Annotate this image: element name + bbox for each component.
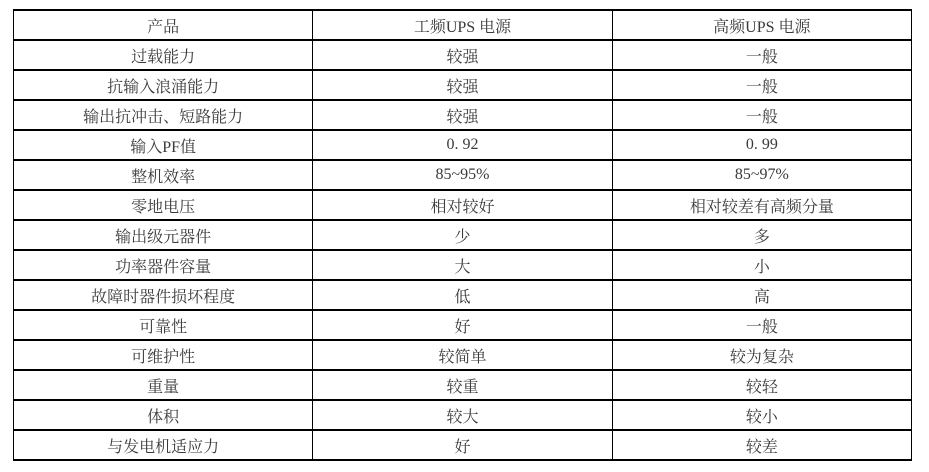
row-label: 输入PF值 xyxy=(14,130,313,160)
row-value: 低 xyxy=(313,280,612,310)
table-row: 过载能力较强一般 xyxy=(14,40,912,70)
row-value: 好 xyxy=(313,430,612,460)
table-row: 整机效率85~95%85~97% xyxy=(14,160,912,190)
row-value: 相对较差有高频分量 xyxy=(612,190,911,220)
row-value: 较轻 xyxy=(612,370,911,400)
row-label: 抗输入浪涌能力 xyxy=(14,70,313,100)
table-body: 过载能力较强一般抗输入浪涌能力较强一般输出抗冲击、短路能力较强一般输入PF值0.… xyxy=(14,40,912,460)
table-row: 抗输入浪涌能力较强一般 xyxy=(14,70,912,100)
ups-comparison-table: 产品 工频UPS 电源 高频UPS 电源 过载能力较强一般抗输入浪涌能力较强一般… xyxy=(13,9,912,461)
row-value: 较简单 xyxy=(313,340,612,370)
table-row: 输出抗冲击、短路能力较强一般 xyxy=(14,100,912,130)
column-header-high-frequency-ups: 高频UPS 电源 xyxy=(612,10,911,40)
row-value: 一般 xyxy=(612,40,911,70)
row-value: 高 xyxy=(612,280,911,310)
row-value: 较强 xyxy=(313,70,612,100)
table-row: 可靠性好一般 xyxy=(14,310,912,340)
row-label: 可维护性 xyxy=(14,340,313,370)
row-value: 0. 92 xyxy=(313,130,612,160)
row-value: 大 xyxy=(313,250,612,280)
row-value: 较强 xyxy=(313,40,612,70)
row-label: 故障时器件损坏程度 xyxy=(14,280,313,310)
column-header-industrial-frequency-ups: 工频UPS 电源 xyxy=(313,10,612,40)
row-value: 85~95% xyxy=(313,160,612,190)
table-row: 与发电机适应力好较差 xyxy=(14,430,912,460)
row-label: 功率器件容量 xyxy=(14,250,313,280)
row-value: 多 xyxy=(612,220,911,250)
row-value: 少 xyxy=(313,220,612,250)
table-row: 重量较重较轻 xyxy=(14,370,912,400)
row-value: 相对较好 xyxy=(313,190,612,220)
row-label: 过载能力 xyxy=(14,40,313,70)
column-header-product: 产品 xyxy=(14,10,313,40)
row-value: 小 xyxy=(612,250,911,280)
row-value: 较小 xyxy=(612,400,911,430)
row-label: 整机效率 xyxy=(14,160,313,190)
table-row: 可维护性较简单较为复杂 xyxy=(14,340,912,370)
table-row: 功率器件容量大小 xyxy=(14,250,912,280)
row-value: 85~97% xyxy=(612,160,911,190)
header-row: 产品 工频UPS 电源 高频UPS 电源 xyxy=(14,10,912,40)
page: 产品 工频UPS 电源 高频UPS 电源 过载能力较强一般抗输入浪涌能力较强一般… xyxy=(0,0,929,472)
row-value: 较重 xyxy=(313,370,612,400)
row-label: 输出级元器件 xyxy=(14,220,313,250)
table-row: 体积较大较小 xyxy=(14,400,912,430)
row-value: 较大 xyxy=(313,400,612,430)
table-row: 输入PF值0. 920. 99 xyxy=(14,130,912,160)
table-row: 输出级元器件少多 xyxy=(14,220,912,250)
row-label: 体积 xyxy=(14,400,313,430)
table-row: 零地电压相对较好相对较差有高频分量 xyxy=(14,190,912,220)
row-value: 较差 xyxy=(612,430,911,460)
row-value: 一般 xyxy=(612,310,911,340)
row-value: 一般 xyxy=(612,70,911,100)
row-label: 重量 xyxy=(14,370,313,400)
row-value: 较强 xyxy=(313,100,612,130)
row-label: 可靠性 xyxy=(14,310,313,340)
row-label: 输出抗冲击、短路能力 xyxy=(14,100,313,130)
row-value: 0. 99 xyxy=(612,130,911,160)
row-value: 一般 xyxy=(612,100,911,130)
table-row: 故障时器件损坏程度低高 xyxy=(14,280,912,310)
row-value: 较为复杂 xyxy=(612,340,911,370)
row-label: 与发电机适应力 xyxy=(14,430,313,460)
row-label: 零地电压 xyxy=(14,190,313,220)
row-value: 好 xyxy=(313,310,612,340)
